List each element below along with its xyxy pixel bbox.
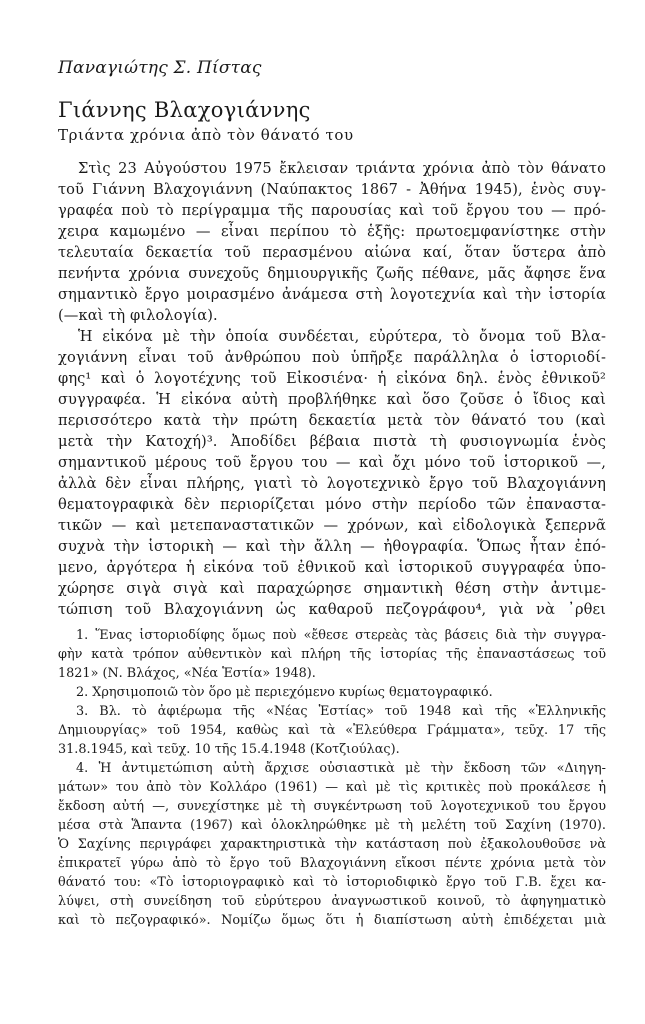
footnote-line: φὴν κατὰ τρόπον αὐθεντικὸν καὶ πλήρη τῆς…	[58, 645, 606, 664]
paragraph-1: Στὶς 23 Αὐγούστου 1975 ἔκλεισαν τριάντα …	[58, 158, 606, 326]
footnote-line: 1821» (Ν. Βλάχος, «Νέα Ἑστία» 1948).	[58, 664, 606, 683]
footnote-2: 2. Χρησιμοποιῶ τὸν ὅρο μὲ περιεχόμενο κυ…	[58, 683, 606, 702]
footnote-line: θάνατό του: «Τὸ ἱστοριογραφικὸ καὶ τὸ ἱσ…	[58, 873, 606, 892]
body-line: συγγραφέα. Ἡ εἰκόνα αὐτὴ προβλήθηκε καὶ …	[58, 389, 606, 410]
footnote-line: 31.8.1945, καὶ τεῦχ. 10 τῆς 15.4.1948 (Κ…	[58, 740, 606, 759]
body-line: (—καὶ τὴ φιλολογία).	[58, 305, 606, 326]
footnote-1: 1. Ἕνας ἱστοριοδίφης ὅμως ποὺ «ἔθεσε στε…	[58, 626, 606, 683]
footnote-line: λύψει, στὴ συνείδηση τοῦ εὐρύτερου ἀναγν…	[58, 892, 606, 911]
footnotes: 1. Ἕνας ἱστοριοδίφης ὅμως ποὺ «ἔθεσε στε…	[58, 626, 606, 930]
article-subtitle: Τριάντα χρόνια ἀπὸ τὸν θάνατό του	[58, 126, 354, 144]
body-line: ἀλλὰ δὲν εἶναι πλήρης, γιατὶ τὸ λογοτεχν…	[58, 473, 606, 494]
body-line: χειρα καμωμένο — εἶναι περίπου τὸ ἑξῆς: …	[58, 221, 606, 242]
body-line: Ἡ εἰκόνα μὲ τὴν ὁποία συνδέεται, εὐρύτερ…	[58, 326, 606, 347]
body-line: γραφέα ποὺ τὸ περίγραμμα τῆς παρουσίας κ…	[58, 200, 606, 221]
body-line: χογιάννη εἶναι τοῦ ἀνθρώπου ποὺ ὑπῆρξε π…	[58, 347, 606, 368]
footnote-line: Ὁ Σαχίνης περιγράφει χαρακτηριστικὰ τὴν …	[58, 835, 606, 854]
body-line: θεματογραφικὰ δὲν περιορίζεται μόνο στὴν…	[58, 494, 606, 515]
body-line: συχνὰ τὴν ἱστορικὴ — καὶ τὴν ἄλλη — ἠθογ…	[58, 536, 606, 557]
footnote-line: 2. Χρησιμοποιῶ τὸν ὅρο μὲ περιεχόμενο κυ…	[58, 683, 606, 702]
footnote-4: 4. Ἡ ἀντιμετώπιση αὐτὴ ἄρχισε οὐσιαστικὰ…	[58, 759, 606, 930]
body-line: τοῦ Γιάννη Βλαχογιάννη (Ναύπακτος 1867 -…	[58, 179, 606, 200]
body-line: μετὰ τὴν Κατοχή)³. Ἀποδίδει βέβαια πιστὰ…	[58, 431, 606, 452]
article-title: Γιάννης Βλαχογιάννης	[58, 98, 311, 122]
footnote-line: μέσα στὰ Ἅπαντα (1967) καὶ ὁλοκληρώθηκε …	[58, 816, 606, 835]
footnote-line: ἔκδοση αὐτή —, συνεχίστηκε μὲ τὴ συγκέντ…	[58, 797, 606, 816]
footnote-line: 1. Ἕνας ἱστοριοδίφης ὅμως ποὺ «ἔθεσε στε…	[58, 626, 606, 645]
body-line: χώρησε σιγὰ σιγὰ καὶ παραχώρησε σημαντικ…	[58, 578, 606, 599]
body-line: τώπιση τοῦ Βλαχογιάννη ὡς καθαροῦ πεζογρ…	[58, 599, 606, 620]
body-line: σημαντικοῦ μέρους τοῦ ἔργου του — καὶ ὄχ…	[58, 452, 606, 473]
footnote-line: καὶ τὸ πεζογραφικό». Νομίζω ὅμως ὅτι ἡ δ…	[58, 911, 606, 930]
author-name: Παναγιώτης Σ. Πίστας	[58, 58, 262, 78]
paragraph-2: Ἡ εἰκόνα μὲ τὴν ὁποία συνδέεται, εὐρύτερ…	[58, 326, 606, 620]
footnote-line: 4. Ἡ ἀντιμετώπιση αὐτὴ ἄρχισε οὐσιαστικὰ…	[58, 759, 606, 778]
footnote-3: 3. Βλ. τὸ ἀφιέρωμα τῆς «Νέας Ἑστίας» τοῦ…	[58, 702, 606, 759]
body-line: τικῶν — καὶ μετεπαναστατικῶν — χρόνων, κ…	[58, 515, 606, 536]
body-line: φης¹ καὶ ὁ λογοτέχνης τοῦ Εἰκοσιένα· ἡ ε…	[58, 368, 606, 389]
body-line: περισσότερο κατὰ τὴν πρώτη δεκαετία μετὰ…	[58, 410, 606, 431]
footnote-line: 3. Βλ. τὸ ἀφιέρωμα τῆς «Νέας Ἑστίας» τοῦ…	[58, 702, 606, 721]
footnote-line: μάτων» του ἀπὸ τὸν Κολλάρο (1961) — καὶ …	[58, 778, 606, 797]
body-line: μενο, ἀργότερα ἡ εἰκόνα τοῦ ἐθνικοῦ καὶ …	[58, 557, 606, 578]
body-line: τελευταία δεκαετία τοῦ περασμένου αἰώνα …	[58, 242, 606, 263]
body-line: Στὶς 23 Αὐγούστου 1975 ἔκλεισαν τριάντα …	[58, 158, 606, 179]
footnote-line: ἐπικρατεῖ γύρω ἀπὸ τὸ ἔργο τοῦ Βλαχογιάν…	[58, 854, 606, 873]
footnote-line: Δημιουργίας» τοῦ 1954, καθὼς καὶ τὰ «Ἐλε…	[58, 721, 606, 740]
body-line: πενήντα χρόνια συνεχοῦς δημιουργικῆς ζωῆ…	[58, 263, 606, 284]
body-line: σημαντικὸ ἔργο μοιρασμένο ἀνάμεσα στὴ λο…	[58, 284, 606, 305]
article-body: Στὶς 23 Αὐγούστου 1975 ἔκλεισαν τριάντα …	[58, 158, 606, 620]
